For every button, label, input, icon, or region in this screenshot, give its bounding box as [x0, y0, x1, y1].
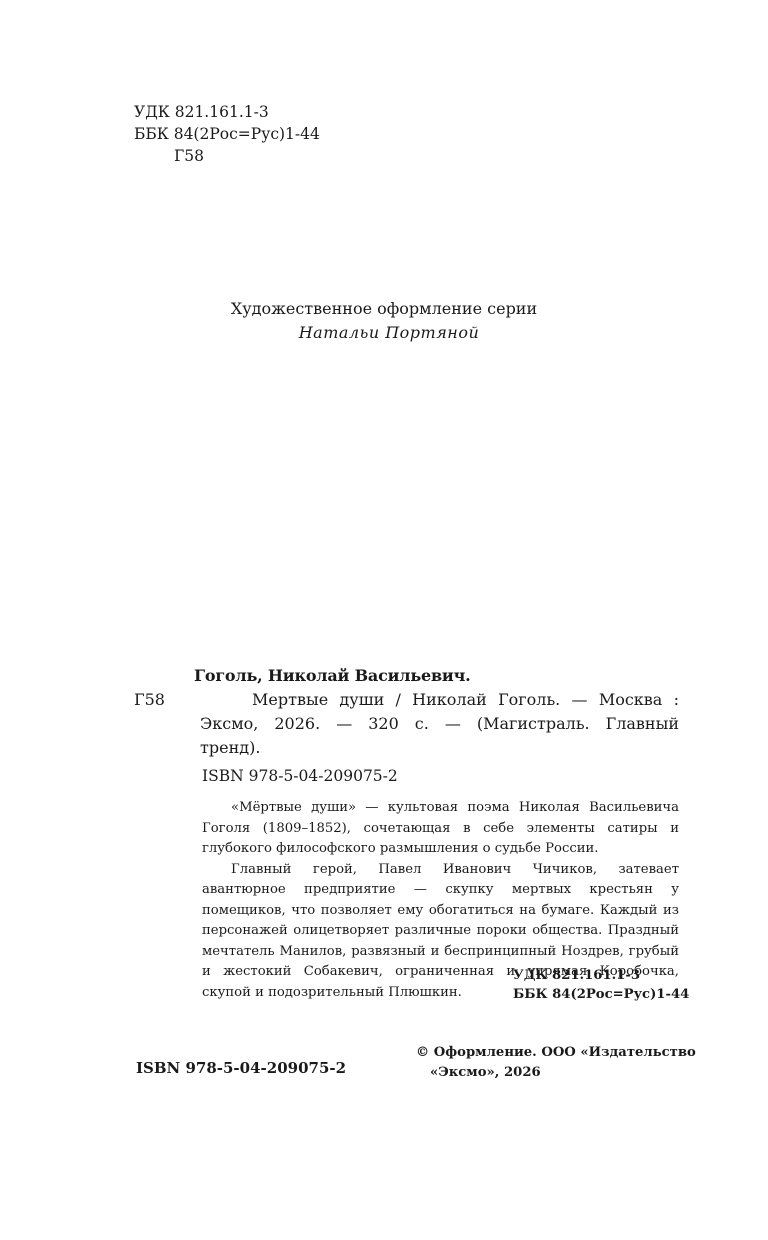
record-description-line-1: Мертвые души / Николай Гоголь. — Москва … [200, 688, 679, 712]
classification-codes-bottom: УДК 821.161.1-3 ББК 84(2Рос=Рус)1-44 [513, 966, 689, 1004]
author-mark: Г58 [134, 145, 320, 167]
annotation-paragraph: «Мёртвые души» — культовая поэма Николая… [202, 798, 679, 860]
designer-name: Натальи Портяной [0, 321, 768, 345]
credits-line: Художественное оформление серии [0, 297, 768, 321]
udk-code: УДК 821.161.1-3 [134, 101, 320, 123]
series-design-credits: Художественное оформление серии Натальи … [0, 297, 768, 345]
bibliographic-record: Гоголь, Николай Васильевич. Г58 Мертвые … [134, 664, 679, 760]
copyright-line-1: © Оформление. ООО «Издательство [416, 1043, 696, 1063]
udk-code: УДК 821.161.1-3 [513, 966, 689, 985]
bbk-code: ББК 84(2Рос=Рус)1-44 [134, 123, 320, 145]
record-author: Гоголь, Николай Васильевич. [134, 664, 679, 688]
copyright-notice: © Оформление. ООО «Издательство «Эксмо»,… [416, 1043, 696, 1083]
record-description-line-2: Эксмо, 2026. — 320 с. — (Магистраль. Гла… [134, 712, 679, 736]
record-isbn: ISBN 978-5-04-209075-2 [202, 767, 398, 785]
record-author-mark: Г58 [134, 688, 200, 712]
bbk-code: ББК 84(2Рос=Рус)1-44 [513, 985, 689, 1004]
record-description-line-3: тренд). [134, 736, 679, 760]
copyright-line-2: «Эксмо», 2026 [416, 1063, 696, 1083]
footer-isbn: ISBN 978-5-04-209075-2 [136, 1059, 346, 1077]
classification-codes-top: УДК 821.161.1-3 ББК 84(2Рос=Рус)1-44 Г58 [134, 101, 320, 167]
